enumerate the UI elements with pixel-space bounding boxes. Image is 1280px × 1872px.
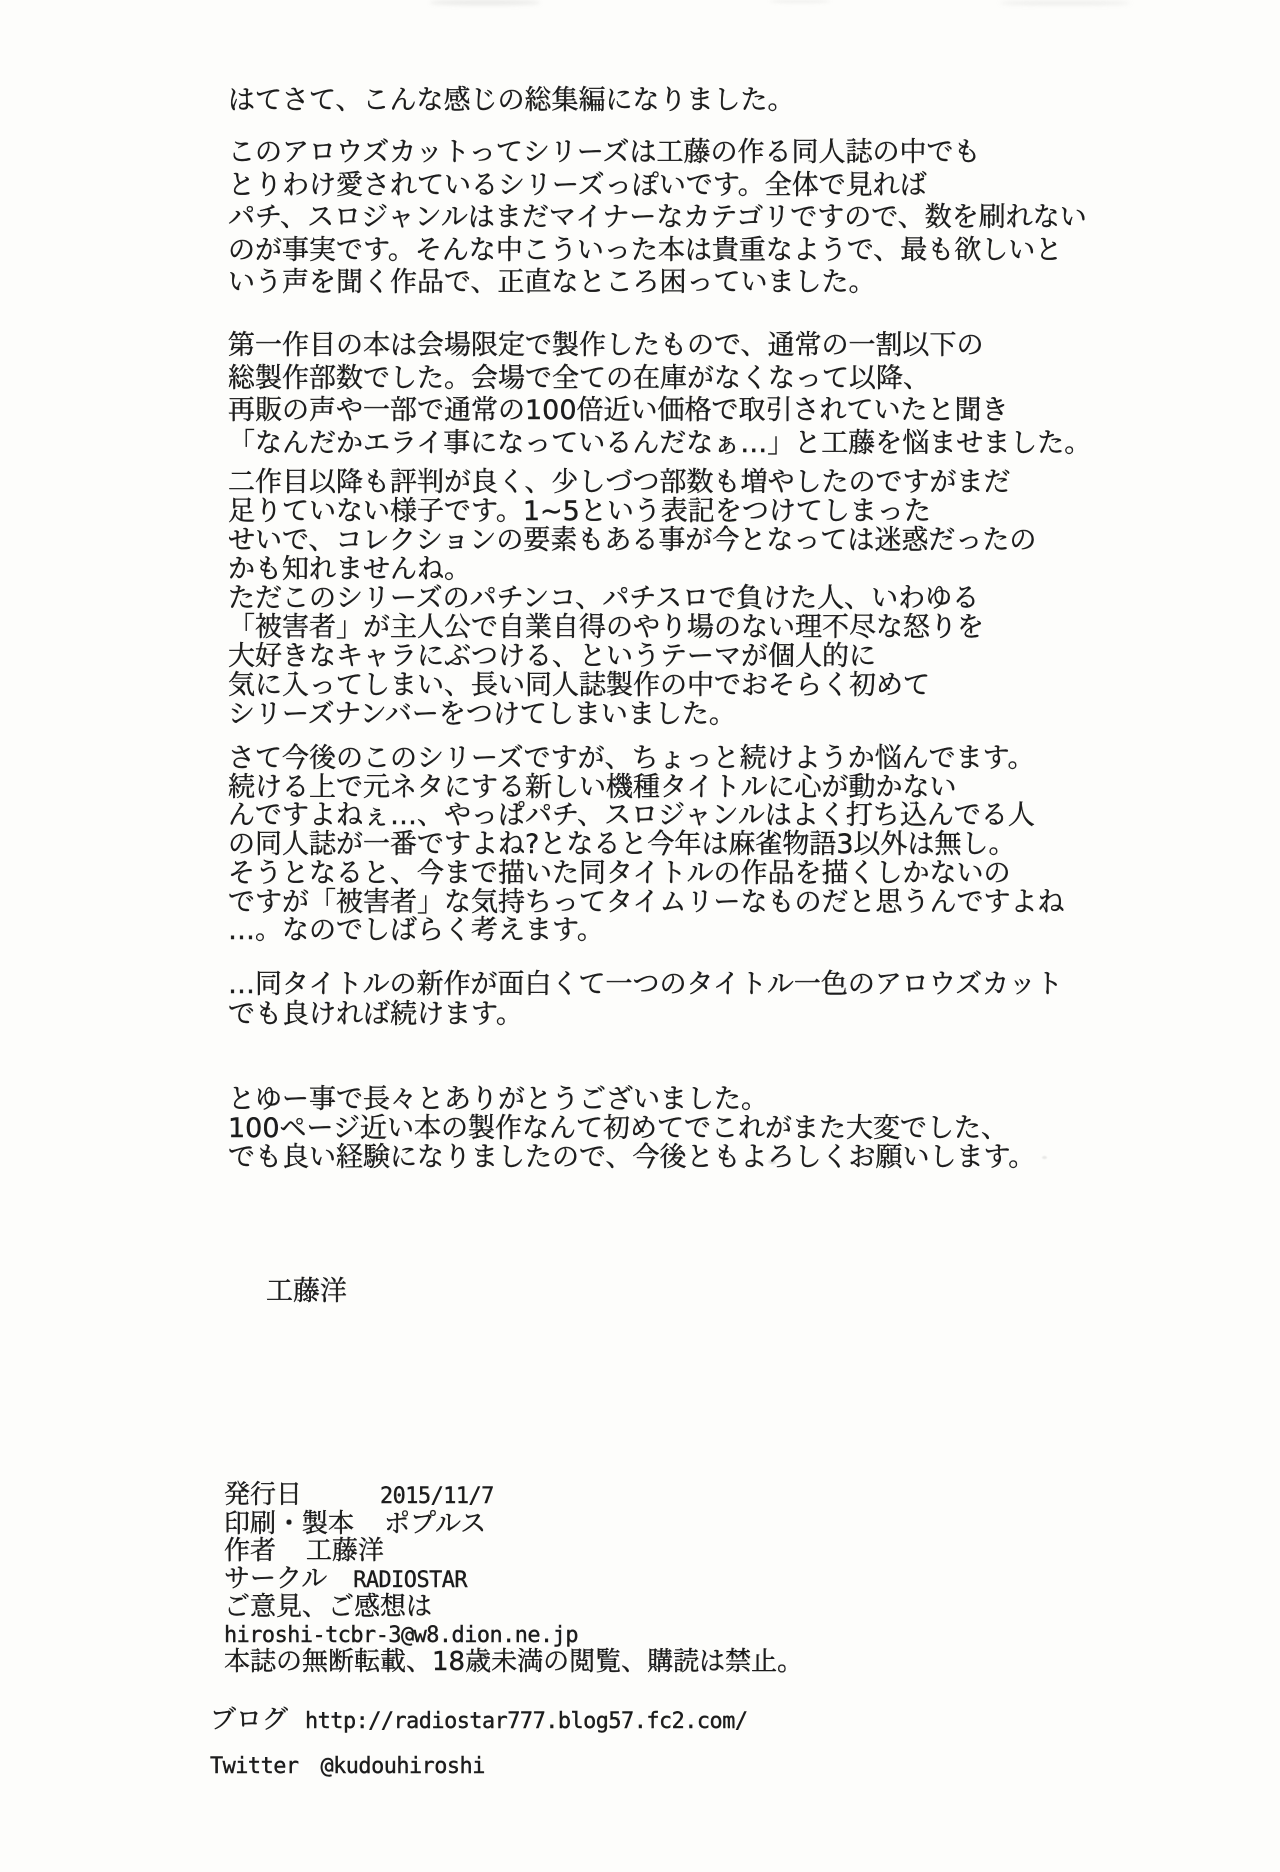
feedback-note-text: ご意見、ご感想は	[224, 1594, 432, 1622]
circle-label: サークル	[224, 1566, 327, 1594]
scan-smudge	[770, 0, 830, 3]
printing-row: 印刷・製本 ポプルス	[224, 1511, 803, 1539]
scan-smudge	[1000, 1, 1130, 5]
issue-date-label: 発行日	[224, 1482, 302, 1510]
author-label: 作者	[224, 1538, 276, 1566]
afterword-paragraph: 二作目以降も評判が良く、少しづつ部数も増やしたのですがまだ 足りていない様子です…	[228, 468, 1036, 729]
issue-date-row: 発行日 2015/11/7	[224, 1482, 803, 1511]
blog-row: ブログ http://radiostar777.blog57.fc2.com/	[210, 1699, 747, 1736]
printing-value: ポプルス	[384, 1511, 486, 1539]
issue-date-value: 2015/11/7	[380, 1483, 494, 1511]
afterword-paragraph: 第一作目の本は会場限定で製作したもので、通常の一割以下の 総製作部数でした。会場…	[228, 330, 1091, 460]
circle-row: サークル RADIOSTAR	[224, 1566, 803, 1595]
twitter-handle: @kudouhiroshi	[321, 1754, 485, 1779]
afterword-paragraph: とゆー事で長々とありがとうございました。 100ページ近い本の製作なんて初めてで…	[228, 1085, 1035, 1172]
contact-email: hiroshi-tcbr-3@w8.dion.ne.jp	[224, 1622, 803, 1650]
scan-speck	[1042, 1156, 1047, 1159]
copyright-note-text: 本誌の無断転載、18歳未満の閲覧、購読は禁止。	[224, 1649, 803, 1677]
author-signature: 工藤洋	[266, 1275, 347, 1308]
colophon: 発行日 2015/11/7 印刷・製本 ポプルス 作者 工藤洋 サークル RAD…	[224, 1482, 803, 1677]
twitter-label: Twitter	[210, 1754, 299, 1779]
afterword-paragraph: …同タイトルの新作が面白くて一つのタイトル一色のアロウズカット でも良ければ続け…	[228, 970, 1063, 1030]
blog-label: ブログ	[210, 1699, 288, 1736]
author-row: 作者 工藤洋	[224, 1538, 803, 1566]
twitter-row: Twitter @kudouhiroshi	[210, 1754, 485, 1779]
scanned-afterword-page: はてさて、こんな感じの総集編になりました。 このアロウズカットってシリーズは工藤…	[0, 0, 1280, 1872]
author-value: 工藤洋	[306, 1538, 384, 1566]
afterword-intro: はてさて、こんな感じの総集編になりました。	[228, 84, 794, 117]
blog-url: http://radiostar777.blog57.fc2.com/	[305, 1709, 747, 1734]
circle-value: RADIOSTAR	[353, 1567, 467, 1595]
printing-label: 印刷・製本	[224, 1511, 354, 1539]
feedback-note: ご意見、ご感想は	[224, 1594, 803, 1622]
afterword-paragraph: このアロウズカットってシリーズは工藤の作る同人誌の中でも とりわけ愛されているシ…	[228, 137, 1087, 300]
scan-smudge	[430, 0, 540, 5]
contact-email-text: hiroshi-tcbr-3@w8.dion.ne.jp	[224, 1622, 578, 1650]
copyright-note: 本誌の無断転載、18歳未満の閲覧、購読は禁止。	[224, 1649, 803, 1677]
afterword-paragraph: さて今後のこのシリーズですが、ちょっと続けようか悩んでます。 続ける上で元ネタに…	[228, 745, 1064, 946]
